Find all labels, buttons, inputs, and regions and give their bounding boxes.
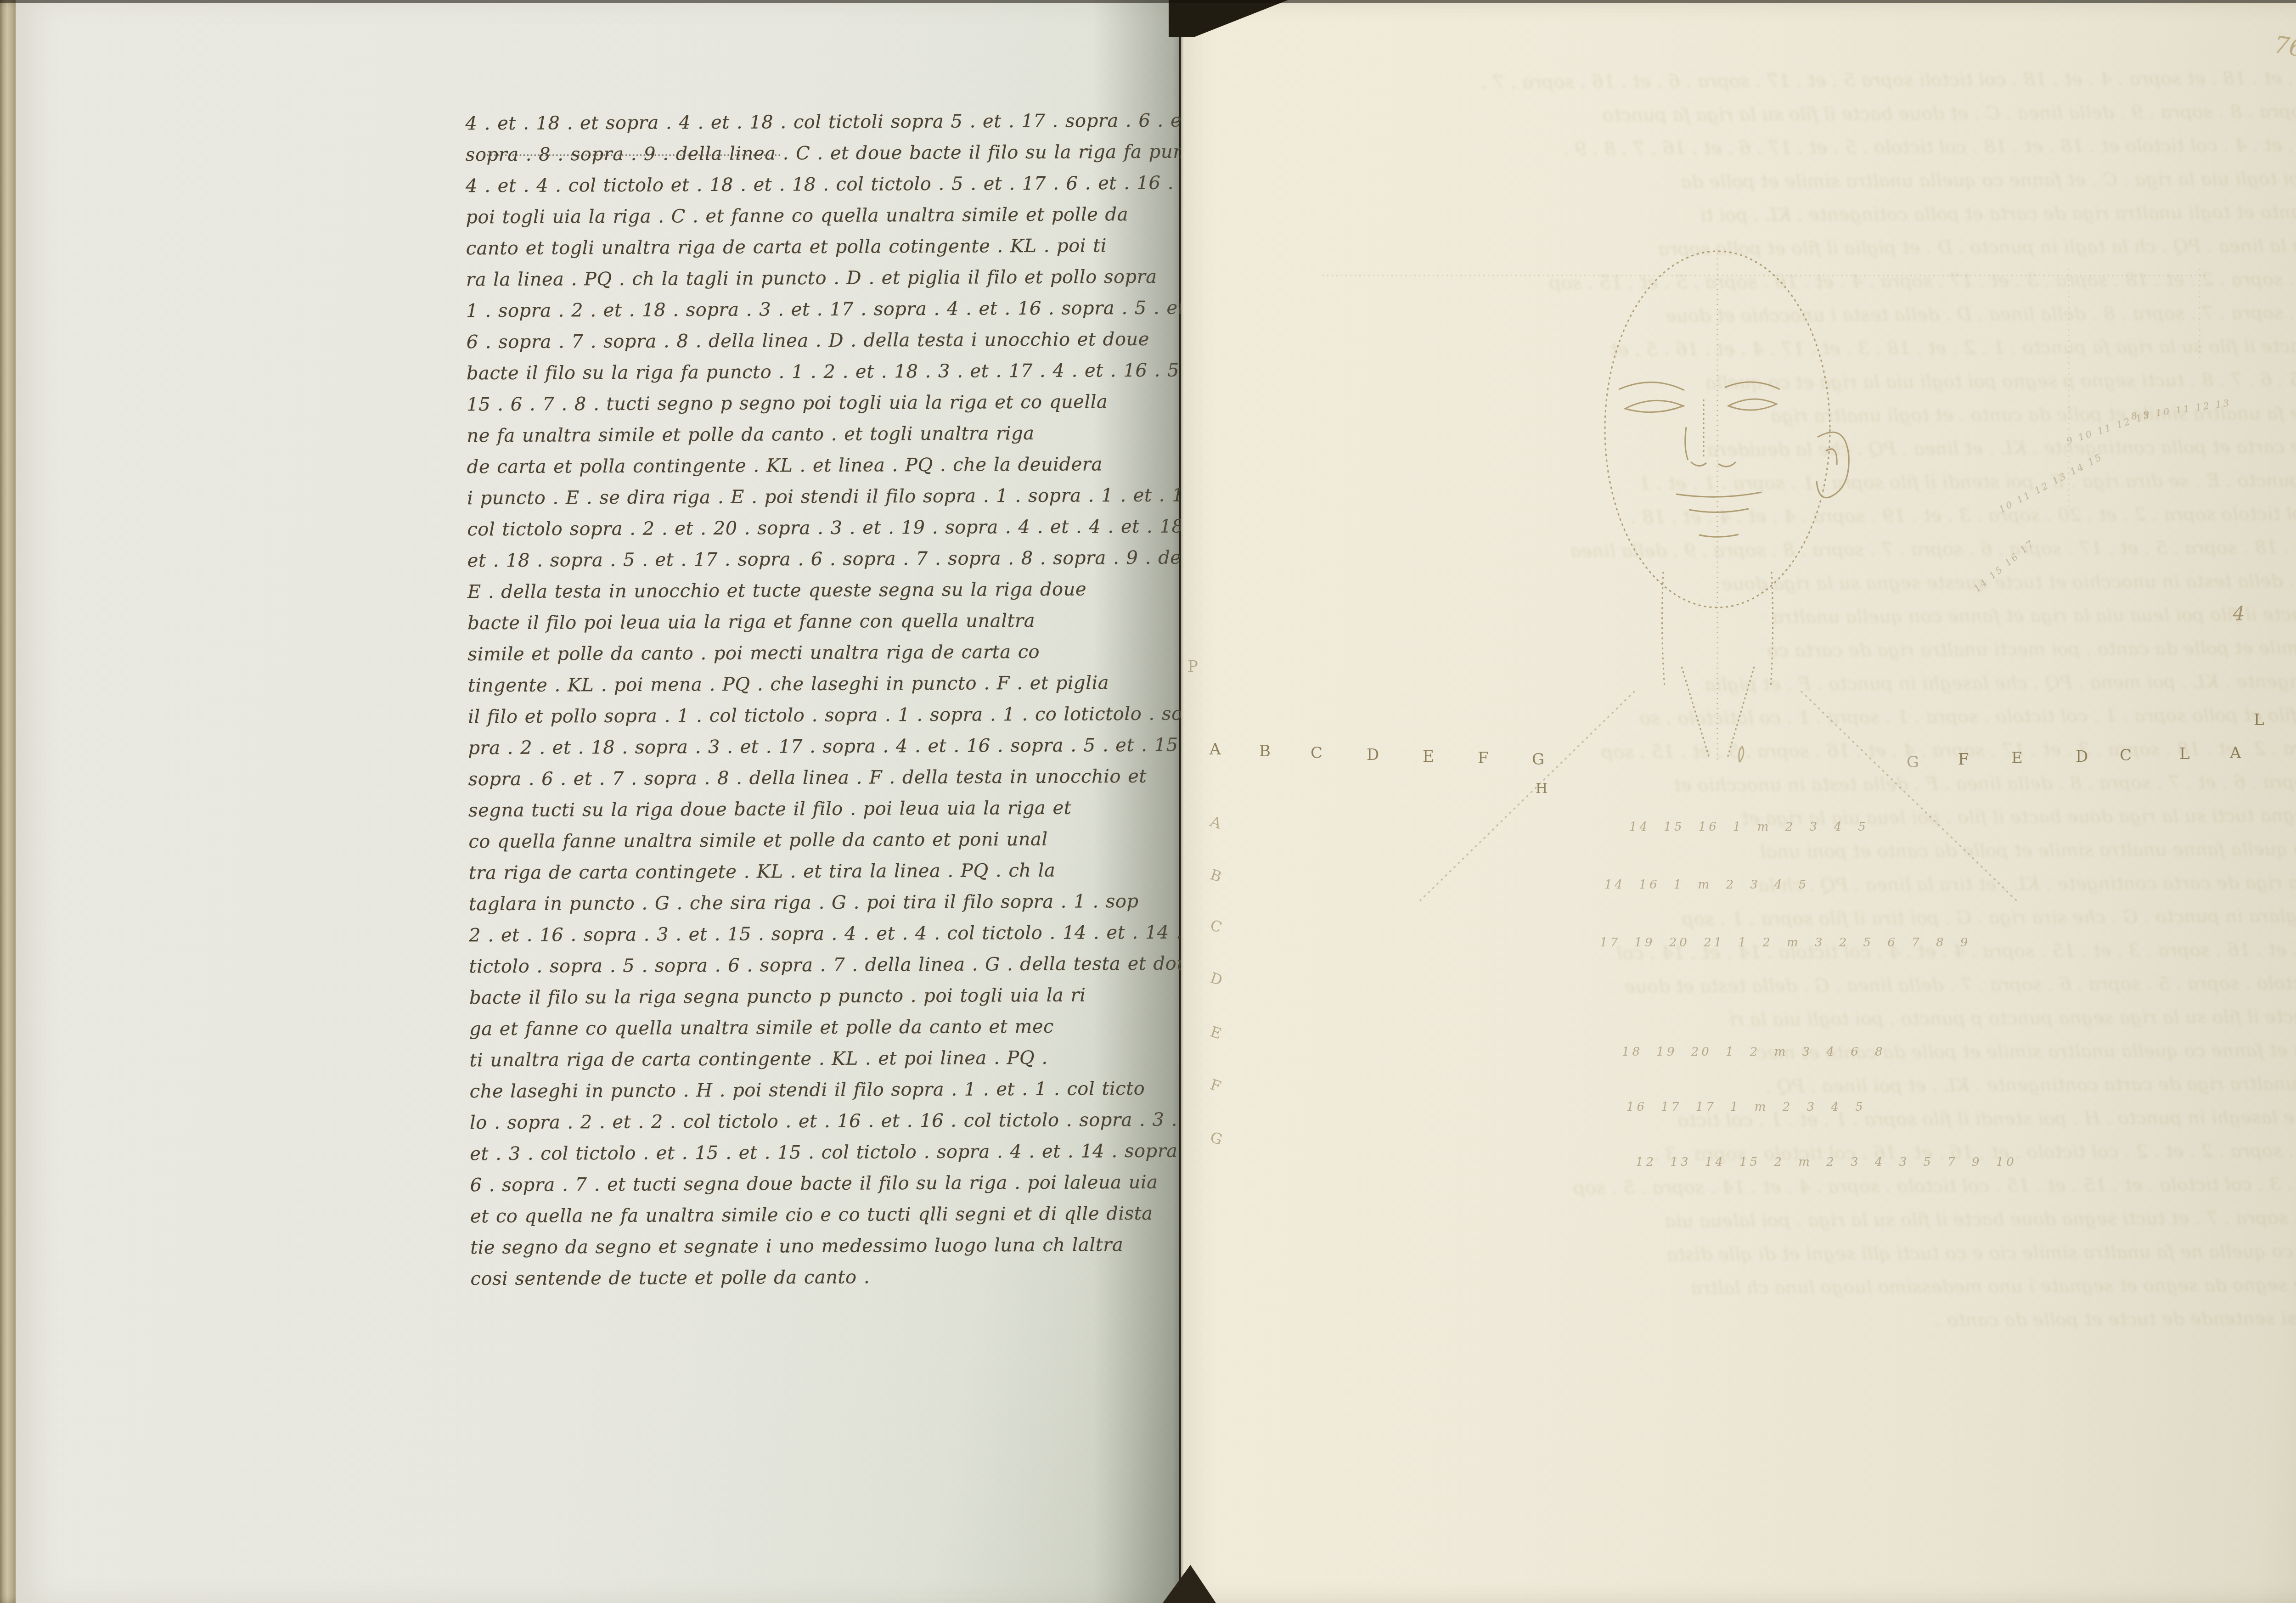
shoulder-line-right: [1801, 691, 2017, 901]
construction-letter-L-right: L: [2179, 745, 2190, 763]
construction-letter-C-right: C: [2120, 746, 2132, 765]
manuscript-line: ne fa unaltra simile et polle da canto .…: [467, 417, 1169, 452]
construction-letter-A: A: [1210, 740, 1221, 759]
manuscript-page-left: 4 . et . 18 . et sopra . 4 . et . 18 . c…: [16, 0, 1179, 1603]
manuscript-line: 15 . 6 . 7 . 8 . tucti segno p segno poi…: [467, 386, 1169, 421]
manuscript-line: cosi sentende de tucte et polle da canto…: [470, 1260, 1173, 1295]
lower-lip-line: [1689, 509, 1749, 512]
manuscript-line: simile et polle da canto . poi mecti una…: [467, 636, 1170, 670]
manuscript-line: bacte il filo poi leua uia la riga et fa…: [467, 605, 1170, 639]
manuscript-line: tra riga de carta contingete . KL . et t…: [468, 855, 1171, 889]
manuscript-line: 4 . et . 18 . et sopra . 4 . et . 18 . c…: [465, 105, 1168, 140]
chest-v-left: [1682, 667, 1709, 758]
chest-v-right: [1728, 667, 1754, 758]
manuscript-line: tictolo . sopra . 5 . sopra . 6 . sopra …: [469, 948, 1171, 983]
manuscript-line: segna tucti su la riga doue bacte il fil…: [468, 792, 1171, 827]
right-nostril: [1718, 462, 1736, 467]
construction-letter-A-right: A: [2230, 744, 2241, 762]
manuscript-line: lo . sopra . 2 . et . 2 . col tictolo . …: [470, 1104, 1172, 1139]
construction-letter-F-right: F: [1958, 750, 1969, 769]
manuscript-line: canto et togli unaltra riga de carta et …: [466, 230, 1169, 264]
manuscript-line: 1 . sopra . 2 . et . 18 . sopra . 3 . et…: [466, 292, 1169, 327]
manuscript-line: taglara in puncto . G . che sira riga . …: [469, 886, 1171, 920]
manuscript-line: i puncto . E . se dira riga . E . poi st…: [467, 480, 1170, 514]
manuscript-line: che laseghi in puncto . H . poi stendi i…: [470, 1073, 1172, 1108]
neck-line-right: [1771, 572, 1773, 686]
measure-row-4: 18 19 20 1 2 m 3 4 6 8: [1622, 1045, 1885, 1059]
construction-letter-G: G: [1532, 750, 1544, 769]
manuscript-line: co quella fanne unaltra simile et polle …: [468, 823, 1171, 858]
head-construction-drawing: [1286, 197, 2273, 955]
left-eye: [1625, 400, 1683, 412]
manuscript-line: tie segno da segno et segnate i uno mede…: [470, 1229, 1173, 1264]
left-eyebrow: [1619, 382, 1684, 390]
manuscript-line: E . della testa in unocchio et tucte que…: [467, 574, 1170, 608]
measure-row-5: 16 17 17 1 m 2 3 4 5: [1626, 1100, 1866, 1114]
manuscript-line: 6 . sopra . 7 . sopra . 8 . della linea …: [466, 324, 1169, 358]
manuscript-line: bacte il filo su la riga fa puncto . 1 .…: [467, 355, 1169, 389]
measure-row-2: 14 16 1 m 2 3 4 5: [1604, 878, 1809, 892]
manuscript-line: 4 . et . 4 . col tictolo et . 18 . et . …: [466, 168, 1168, 202]
measure-row-6: 12 13 14 15 2 m 2 3 4 3 5 7 9 10: [1636, 1155, 2017, 1169]
mouth-line: [1676, 492, 1761, 497]
manuscript-line: ra la linea . PQ . ch la tagli in puncto…: [466, 261, 1169, 296]
manuscript-line: sopra . 6 . et . 7 . sopra . 8 . della l…: [468, 761, 1171, 795]
shoulder-line-left: [1420, 691, 1635, 901]
construction-letter-L-raised: L: [2254, 711, 2264, 729]
open-manuscript-book: 4 . et . 18 . et sopra . 4 . et . 18 . c…: [0, 0, 2296, 1603]
folio-number: 76: [2272, 31, 2296, 63]
manuscript-line: tingente . KL . poi mena . PQ . che lase…: [468, 667, 1171, 702]
book-top-edge: [0, 0, 2296, 3]
manuscript-line: sopra . 8 . sopra . 9 . della linea . C …: [466, 136, 1168, 171]
chin-crease: [1699, 534, 1739, 537]
manuscript-line: de carta et polla contingente . KL . et …: [467, 449, 1170, 483]
measure-row-1: 14 15 16 1 m 2 3 4 5: [1629, 820, 1868, 834]
manuscript-line: il filo et pollo sopra . 1 . col tictolo…: [468, 698, 1171, 733]
manuscript-line: 6 . sopra . 7 . et tucti segna doue bact…: [470, 1167, 1172, 1201]
manuscript-line: ti unaltra riga de carta contingente . K…: [469, 1042, 1172, 1076]
manuscript-line: poi togli uia la riga . C . et fanne co …: [466, 199, 1168, 233]
manuscript-line: et . 3 . col tictolo . et . 15 . et . 15…: [470, 1136, 1172, 1170]
construction-letter-P: P: [1187, 658, 1198, 676]
manuscript-line: et . 18 . sopra . 5 . et . 17 . sopra . …: [467, 542, 1170, 577]
corner-annotation: 4: [2233, 602, 2245, 625]
nose-side: [1685, 427, 1688, 460]
construction-letter-H: H: [1536, 781, 1548, 797]
dotted-guide-row: [487, 154, 781, 156]
construction-letter-G-right: G: [1907, 753, 1919, 771]
construction-letter-D-right: D: [2076, 748, 2088, 766]
measure-row-3: 17 19 20 21 1 2 m 3 2 5 6 7 8 9: [1600, 936, 1970, 950]
left-nostril: [1691, 462, 1706, 466]
manuscript-line: 2 . et . 16 . sopra . 3 . et . 15 . sopr…: [469, 917, 1171, 951]
construction-letter-E-right: E: [2011, 749, 2023, 767]
manuscript-line: et co quella ne fa unaltra simile cio e …: [470, 1198, 1173, 1232]
construction-letter-B: B: [1259, 742, 1271, 760]
construction-letter-D: D: [1367, 746, 1379, 764]
ear-outline: [1817, 432, 1849, 498]
right-eye: [1728, 399, 1777, 410]
manuscript-line: ga et fanne co quella unaltra simile et …: [469, 1011, 1172, 1045]
neck-line-left: [1662, 572, 1665, 686]
construction-letter-C: C: [1311, 744, 1322, 762]
manuscript-text-block: 4 . et . 18 . et sopra . 4 . et . 18 . c…: [465, 105, 1173, 1295]
construction-letter-E: E: [1423, 748, 1434, 766]
right-eyebrow: [1725, 382, 1780, 389]
neck-squiggle-mark: [1739, 747, 1744, 762]
manuscript-line: pra . 2 . et . 18 . sopra . 3 . et . 17 …: [468, 730, 1171, 764]
construction-letter-F: F: [1478, 749, 1489, 767]
manuscript-line: col tictolo sopra . 2 . et . 20 . sopra …: [467, 511, 1170, 546]
manuscript-line: bacte il filo su la riga segna puncto p …: [469, 979, 1172, 1014]
